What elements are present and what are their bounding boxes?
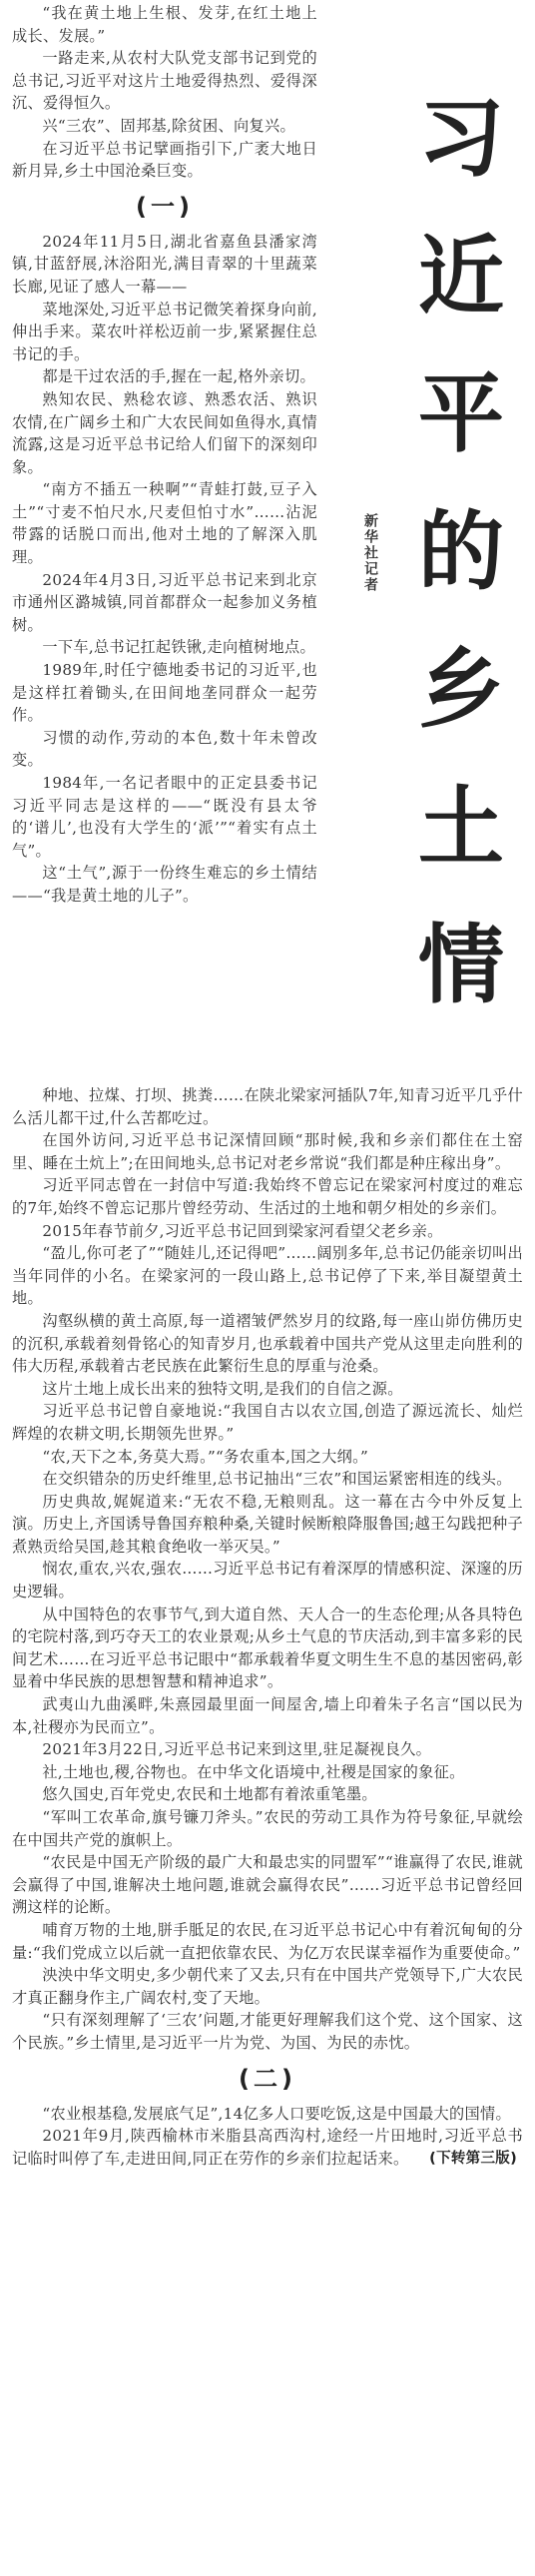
body-paragraph: 习惯的动作,劳动的本色,数十年未曾改变。: [12, 727, 317, 772]
body-paragraph: 2015年春节前夕,习近平总书记回到梁家河看望父老乡亲。: [12, 1220, 523, 1243]
wide-text-column: 种地、拉煤、打坝、挑粪……在陕北梁家河插队7年,知青习近平几乎什么活儿都干过,什…: [12, 1084, 523, 2170]
continued-on-page-note: (下转第三版): [429, 2148, 517, 2171]
intro-paragraph: “我在黄土地上生根、发芽,在红土地上成长、发展。”: [12, 2, 317, 47]
intro-paragraph: 在习近平总书记擘画指引下,广袤大地日新月异,乡土中国沧桑巨变。: [12, 138, 317, 183]
body-paragraph: 习近平同志曾在一封信中写道:我始终不曾忘记在梁家河村度过的难忘的7年,始终不曾忘…: [12, 1174, 523, 1219]
body-paragraph: 武夷山九曲溪畔,朱熹园最里面一间屋舍,墙上印着朱子名言“国以民为本,社稷亦为民而…: [12, 1693, 523, 1738]
body-paragraph: “农民是中国无产阶级的最广大和最忠实的同盟军”“谁赢得了农民,谁就会赢得了中国,…: [12, 1851, 523, 1919]
body-paragraph: “南方不插五一秧啊”“青蛙打鼓,豆子入土”“寸麦不怕尺水,尺麦但怕寸水”……沾泥…: [12, 478, 317, 568]
body-paragraph: 1989年,时任宁德地委书记的习近平,也是这样扛着锄头,在田间地垄同群众一起劳作…: [12, 659, 317, 727]
body-paragraph: 历史典故,娓娓道来:“无农不稳,无粮则乱。这一幕在古今中外反复上演。历史上,齐国…: [12, 1491, 523, 1559]
body-paragraph: 2021年3月22日,习近平总书记来到这里,驻足凝视良久。: [12, 1738, 523, 1761]
body-paragraph: “军叫工农革命,旗号镰刀斧头。”农民的劳动工具作为符号象征,早就绘在中国共产党的…: [12, 1806, 523, 1851]
body-paragraph: 菜地深处,习近平总书记微笑着探身向前,伸出手来。菜农叶祥松迈前一步,紧紧握住总书…: [12, 299, 317, 366]
headline-char: 土: [411, 759, 511, 897]
headline-char: 乡: [411, 621, 511, 759]
body-paragraph: 在交织错杂的历史纤维里,总书记抽出“三农”和国运紧密相连的线头。: [12, 1468, 523, 1491]
body-paragraph: 社,土地也,稷,谷物也。在中华文化语境中,社稷是国家的象征。: [12, 1761, 523, 1784]
newspaper-page: “我在黄土地上生根、发芽,在红土地上成长、发展。” 一路走来,从农村大队党支部书…: [0, 0, 535, 2576]
body-paragraph: 1984年,一名记者眼中的正定县委书记习近平同志是这样的——“既没有县太爷的‘谱…: [12, 772, 317, 862]
headline-char: 近: [411, 208, 511, 345]
body-paragraph: 哺育万物的土地,胼手胝足的农民,在习近平总书记心中有着沉甸甸的分量:“我们党成立…: [12, 1919, 523, 1964]
body-paragraph: 种地、拉煤、打坝、挑粪……在陕北梁家河插队7年,知青习近平几乎什么活儿都干过,什…: [12, 1084, 523, 1129]
body-paragraph: 悠久国史,百年党史,农民和土地都有着浓重笔墨。: [12, 1783, 523, 1806]
body-paragraph: 在国外访问,习近平总书记深情回顾“那时候,我和乡亲们都住在土窑里、睡在土炕上”;…: [12, 1129, 523, 1174]
body-paragraph: 2024年11月5日,湖北省嘉鱼县潘家湾镇,甘蓝舒展,沐浴阳光,满目青翠的十里蔬…: [12, 231, 317, 299]
body-paragraph: 2021年9月,陕西榆林市米脂县高西沟村,途经一片田地时,习近平总书记临时叫停了…: [12, 2125, 523, 2170]
body-paragraph: 一下车,总书记扛起铁锹,走向植树地点。: [12, 636, 317, 659]
body-paragraph: 都是干过农活的手,握在一起,格外亲切。: [12, 365, 317, 388]
body-paragraph: 习近平总书记曾自豪地说:“我国自古以农立国,创造了源远流长、灿烂辉煌的农耕文明,…: [12, 1400, 523, 1445]
body-paragraph: “盈儿,你可老了”“随娃儿,还记得吧”……阔别多年,总书记仍能亲切叫出当年同伴的…: [12, 1242, 523, 1310]
body-paragraph: 这片土地上成长出来的独特文明,是我们的自信之源。: [12, 1378, 523, 1401]
body-paragraph: “农业根基稳,发展底气足”,14亿多人口要吃饭,这是中国最大的国情。: [12, 2103, 523, 2126]
headline-vertical: 习 近 平 的 乡 土 情: [411, 70, 511, 1034]
intro-paragraph: 兴“三农”、固邦基,除贫困、向复兴。: [12, 115, 317, 138]
body-paragraph: 沟壑纵横的黄土高原,每一道褶皱俨然岁月的纹路,每一座山峁仿佛历史的沉积,承载着刻…: [12, 1310, 523, 1378]
headline-char: 习: [411, 70, 511, 208]
body-paragraph: 从中国特色的农事节气,到大道自然、天人合一的生态伦理;从各具特色的宅院村落,到巧…: [12, 1604, 523, 1693]
byline: 新华社记者: [361, 513, 381, 593]
headline-char: 的: [411, 483, 511, 621]
body-paragraph: 这“土气”,源于一份终生难忘的乡土情结——“我是黄土地的儿子”。: [12, 862, 317, 907]
headline-char: 平: [411, 345, 511, 483]
body-paragraph: 悯农,重农,兴农,强农……习近平总书记有着深厚的情感积淀、深邃的历史逻辑。: [12, 1558, 523, 1603]
section-heading-two: (二): [12, 2055, 523, 2103]
section-heading-one: (一): [12, 183, 317, 231]
body-paragraph: 泱泱中华文明史,多少朝代来了又去,只有在中国共产党领导下,广大农民才真正翻身作主…: [12, 1964, 523, 2009]
body-paragraph: “农,天下之本,务莫大焉。”“务农重本,国之大纲。”: [12, 1446, 523, 1469]
headline-char: 情: [411, 897, 511, 1034]
intro-paragraph: 一路走来,从农村大队党支部书记到党的总书记,习近平对这片土地爱得热烈、爱得深沉、…: [12, 47, 317, 115]
body-paragraph: 2024年4月3日,习近平总书记来到北京市通州区潞城镇,同首都群众一起参加义务植…: [12, 569, 317, 637]
top-area: “我在黄土地上生根、发芽,在红土地上成长、发展。” 一路走来,从农村大队党支部书…: [0, 0, 535, 1088]
body-paragraph: “只有深刻理解了‘三农’问题,才能更好理解我们这个党、这个国家、这个民族。”乡土…: [12, 2009, 523, 2054]
body-paragraph: 熟知农民、熟稔农谚、熟悉农活、熟识农情,在广阔乡土和广大农民间如鱼得水,真情流露…: [12, 388, 317, 478]
narrow-text-column: “我在黄土地上生根、发芽,在红土地上成长、发展。” 一路走来,从农村大队党支部书…: [12, 2, 317, 908]
